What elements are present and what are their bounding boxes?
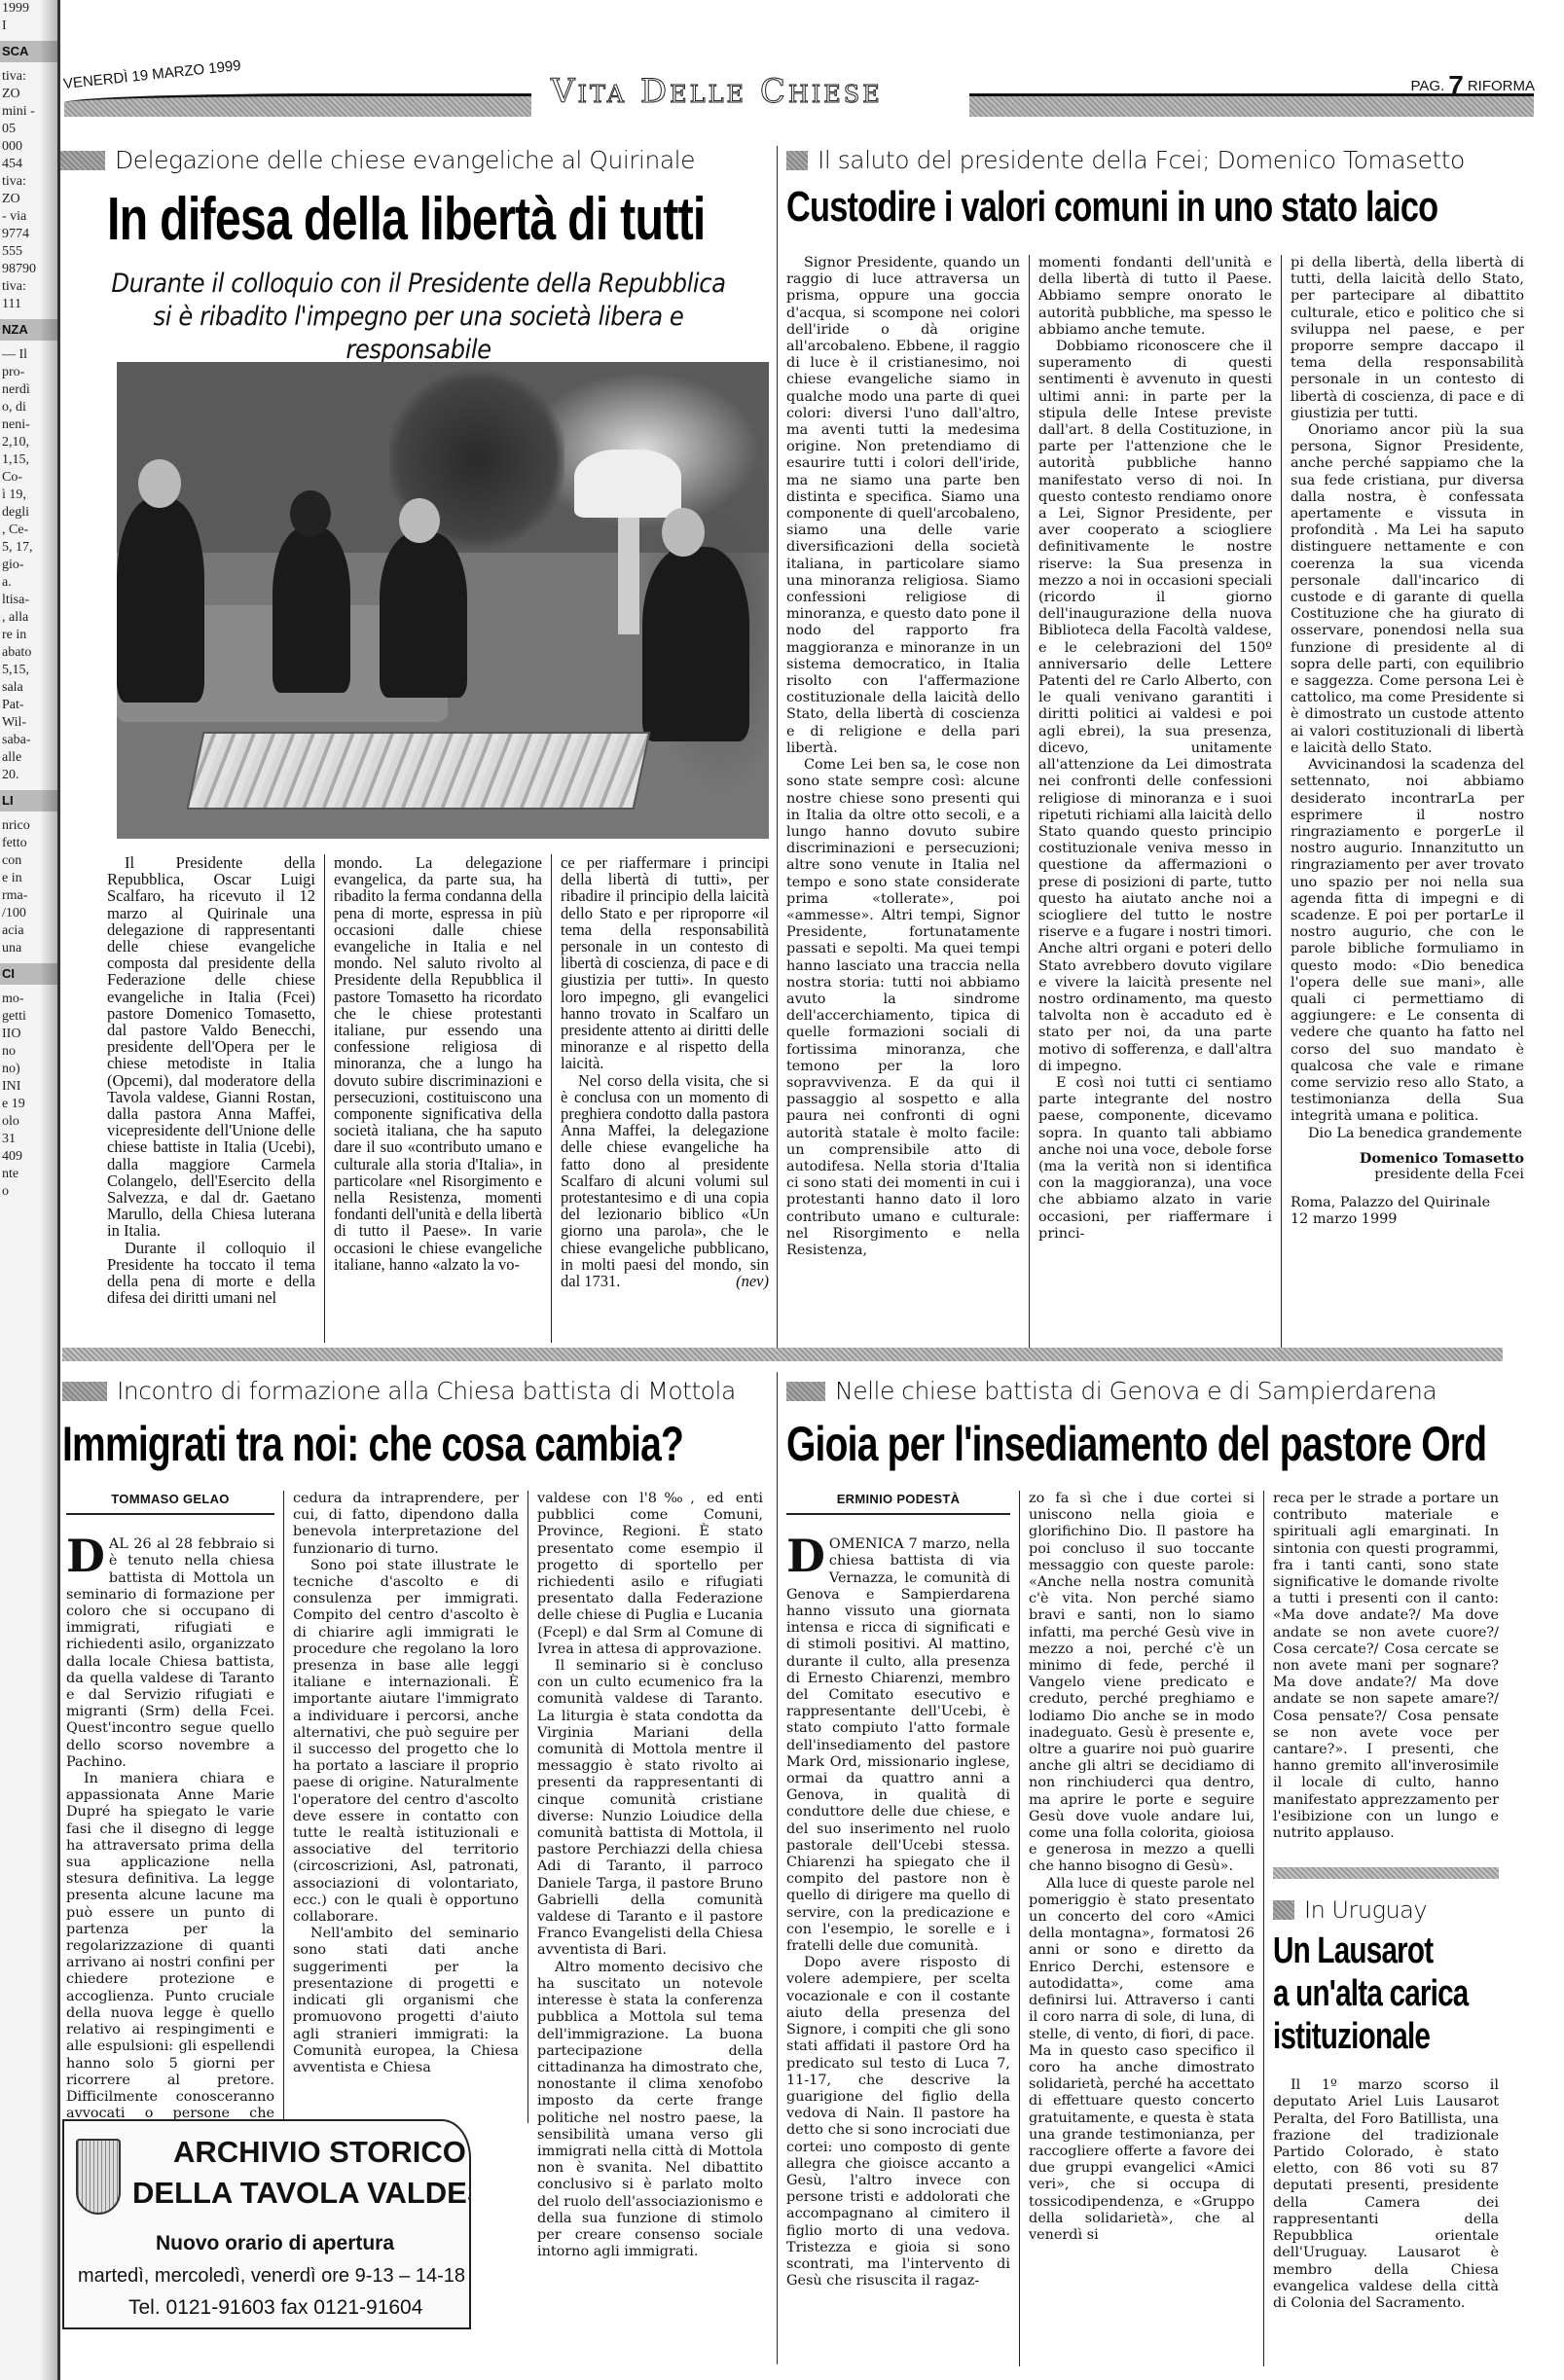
headline-line: istituzionale (1273, 2015, 1449, 2058)
photo-person-3 (380, 532, 467, 698)
paragraph: cedura da intraprendere, per cui, di fat… (293, 1491, 519, 1558)
article1-deck: Durante il colloquio con il Presidente d… (68, 268, 769, 367)
masthead-swoosh-left (64, 93, 531, 117)
paragraph: pi della libertà, della libertà di tutti… (1291, 255, 1524, 422)
article4-body: ERMINIO PODESTÀ DOMENICA 7 marzo, nella … (786, 1491, 1555, 2366)
paragraph: Avvicinandosi la scadenza del settennato… (1291, 757, 1524, 1125)
article4-col2: zo fa sì che i due cortei si uniscono ne… (1029, 1491, 1255, 2366)
deck-line-1: Durante il colloquio con il Presidente d… (103, 268, 734, 301)
publication-name: RIFORMA (1468, 78, 1535, 94)
column-rule (324, 854, 325, 1343)
page-number: 7 (1448, 70, 1464, 100)
article2-col3: pi della libertà, della libertà di tutti… (1291, 255, 1524, 1350)
article4-col3: reca per le strade a portare un contribu… (1273, 1491, 1499, 1842)
kicker-marker-icon (62, 1382, 107, 1401)
ad-title-line1: ARCHIVIO STORICO (173, 2135, 466, 2170)
article4-headline: Gioia per l'insediamento del pastore Ord (786, 1416, 1486, 1472)
kicker-text: Nelle chiese battista di Genova e di Sam… (835, 1377, 1437, 1405)
article4-col1: ERMINIO PODESTÀ DOMENICA 7 marzo, nella … (786, 1491, 1010, 2366)
paragraph: valdese con l'8‰, ed enti pubblici come … (537, 1491, 763, 1658)
headline-line: Un Lausarot (1273, 1929, 1449, 1972)
paragraph: Sono poi state illustrate le tecniche d'… (293, 1558, 519, 1926)
photo-marble-table (186, 732, 650, 810)
article5-kicker: In Uruguay (1273, 1896, 1499, 1924)
column-rule (527, 1491, 528, 2123)
photo-head-2 (290, 490, 331, 537)
article3-byline: TOMMASO GELAO (66, 1491, 274, 1515)
ad-title-line2: DELLA TAVOLA VALDESE (132, 2176, 471, 2211)
photo-person-2 (273, 527, 350, 693)
page-indicator: PAG.7RIFORMA (1411, 70, 1535, 101)
article1-col3: ce per riaffermare i principi della libe… (561, 854, 769, 1343)
article3-col1: TOMMASO GELAO DAL 26 al 28 febbraio si è… (66, 1491, 274, 2123)
page-gutter-shadow (40, 0, 57, 2380)
section-divider-band (1273, 1867, 1499, 1879)
article5-body: Il 1º marzo scorso il deputato Ariel Lui… (1273, 2077, 1499, 2312)
vertical-separator (777, 146, 778, 1348)
column-rule (283, 1491, 284, 2123)
deck-line-2: si è ribadito l'impegno per una società … (103, 301, 734, 367)
paragraph: reca per le strade a portare un contribu… (1273, 1491, 1499, 1842)
date-line: 12 marzo 1999 (1291, 1211, 1524, 1228)
paragraph: Dopo avere risposto di volere adempiere,… (786, 1955, 1010, 2290)
article5-headline: Un Lausarot a un'alta carica istituziona… (1273, 1929, 1449, 2058)
kicker-marker-icon (786, 151, 808, 170)
article-uruguay: In Uruguay Un Lausarot a un'alta carica … (1273, 1896, 1499, 2312)
paragraph: Nel corso della visita, che si è conclus… (561, 1072, 769, 1290)
page-label: PAG. (1411, 78, 1445, 94)
signer-name: Domenico Tomasetto (1291, 1150, 1524, 1167)
article3-col3: valdese con l'8‰, ed enti pubblici come … (537, 1491, 763, 2123)
headline-line: a un'alta carica (1273, 1972, 1449, 2015)
photo-person-1 (117, 498, 204, 703)
paragraph: Onoriamo ancor più la sua persona, Signo… (1291, 422, 1524, 757)
kicker-marker-icon (1273, 1900, 1294, 1920)
article4-byline: ERMINIO PODESTÀ (786, 1491, 1010, 1515)
article3-kicker: Incontro di formazione alla Chiesa batti… (62, 1377, 736, 1405)
article3-headline: Immigrati tra noi: che cosa cambia? (62, 1416, 683, 1472)
masthead: VENERDÌ 19 MARZO 1999 Vita Delle Chiese … (64, 58, 1564, 126)
article1-kicker: Delegazione delle chiese evangeliche al … (60, 146, 695, 174)
paragraph: Come Lei ben sa, le cose non sono state … (786, 757, 1020, 1259)
adjacent-page-edge: 1999ISCAtiva:ZOmini -05000454tiva:ZO- vi… (0, 0, 60, 2380)
dropcap: D (786, 1538, 825, 1573)
signer-title: presidente della Fcei (1291, 1167, 1524, 1183)
paragraph: Altro momento decisivo che ha suscitato … (537, 1960, 763, 2261)
archivio-storico-advertisement: ARCHIVIO STORICO DELLA TAVOLA VALDESE Nu… (62, 2119, 471, 2329)
paragraph: momenti fondanti dell'unità e della libe… (1038, 255, 1272, 339)
paragraph: Il Presidente della Repubblica, Oscar Lu… (107, 854, 315, 1240)
place-line: Roma, Palazzo del Quirinale (1291, 1195, 1524, 1211)
paragraph: Durante il colloquio il Presidente ha to… (107, 1240, 315, 1307)
article4-col3-wrap: reca per le strade a portare un contribu… (1273, 1491, 1499, 2366)
kicker-text: Delegazione delle chiese evangeliche al … (115, 146, 695, 174)
photo-head-1 (138, 459, 181, 508)
paragraph: Dio La benedica grandemente (1291, 1126, 1524, 1142)
paragraph: E così noi tutti ci sentiamo parte integ… (1038, 1075, 1272, 1243)
column-rule (551, 854, 552, 1343)
delegation-photo (117, 362, 769, 839)
article3-col2: cedura da intraprendere, per cui, di fat… (293, 1491, 519, 2123)
paragraph: Nell'ambito del seminario sono stati dat… (293, 1926, 519, 2076)
paragraph: mondo. La delegazione evangelica, da par… (334, 854, 542, 1273)
article2-headline: Custodire i valori comuni in uno stato l… (786, 183, 1437, 232)
photo-lamp (574, 450, 681, 518)
article2-body: Signor Presidente, quando un raggio di l… (786, 255, 1550, 1350)
article3-body: TOMMASO GELAO DAL 26 al 28 febbraio si è… (66, 1491, 777, 2123)
paragraph: Il 1º marzo scorso il deputato Ariel Lui… (1273, 2077, 1499, 2312)
column-rule (1281, 255, 1282, 1350)
photo-head-3 (399, 498, 440, 543)
article1-col2: mondo. La delegazione evangelica, da par… (334, 854, 542, 1343)
article2-col1: Signor Presidente, quando un raggio di l… (786, 255, 1020, 1350)
article1-body: Il Presidente della Repubblica, Oscar Lu… (107, 854, 779, 1343)
kicker-text: Il saluto del presidente della Fcei; Dom… (818, 146, 1465, 174)
article2-kicker: Il saluto del presidente della Fcei; Dom… (786, 146, 1465, 174)
section-divider-band (62, 1348, 1503, 1361)
article2-col2: momenti fondanti dell'unità e della libe… (1038, 255, 1272, 1350)
column-rule (1019, 1491, 1020, 2366)
kicker-text: Incontro di formazione alla Chiesa batti… (117, 1377, 736, 1405)
dropcap: D (66, 1538, 105, 1573)
ad-contact: Tel. 0121-91603 fax 0121-91604 (128, 2296, 422, 2320)
paragraph: Il seminario si è concluso con un culto … (537, 1658, 763, 1960)
article1-col1: Il Presidente della Repubblica, Oscar Lu… (107, 854, 315, 1343)
paragraph: zo fa sì che i due cortei si uniscono ne… (1029, 1491, 1255, 1876)
photo-person-4 (642, 547, 749, 741)
paragraph: In maniera chiara e appassionata Anne Ma… (66, 1771, 274, 2139)
column-rule (1263, 1491, 1264, 2366)
photo-head-4 (662, 508, 705, 557)
article4-kicker: Nelle chiese battista di Genova e di Sam… (786, 1377, 1437, 1405)
kicker-text: In Uruguay (1304, 1896, 1427, 1924)
paragraph: Dobbiamo riconoscere che il superamento … (1038, 339, 1272, 1075)
kicker-marker-icon (60, 151, 105, 170)
kicker-marker-icon (786, 1382, 825, 1401)
section-title: Vita Delle Chiese (551, 72, 883, 111)
photo-lamp-base (618, 518, 639, 634)
paragraph: ce per riaffermare i principi della libe… (561, 854, 769, 1072)
paragraph: Alla luce di queste parole nel pomeriggi… (1029, 1876, 1255, 2244)
ad-opening-hours: martedì, mercoledì, venerdì ore 9-13 – 1… (78, 2265, 465, 2288)
paragraph: Signor Presidente, quando un raggio di l… (786, 255, 1020, 757)
waldensian-crest-icon (76, 2139, 121, 2215)
ad-subtitle: Nuovo orario di apertura (156, 2232, 394, 2255)
article1-headline: In difesa della libertà di tutti (107, 185, 706, 254)
vertical-separator (777, 1372, 778, 2364)
issue-date: VENERDÌ 19 MARZO 1999 (62, 57, 241, 92)
paragraph: OMENICA 7 marzo, nella chiesa battista d… (786, 1536, 1010, 1954)
column-rule (1029, 255, 1030, 1350)
